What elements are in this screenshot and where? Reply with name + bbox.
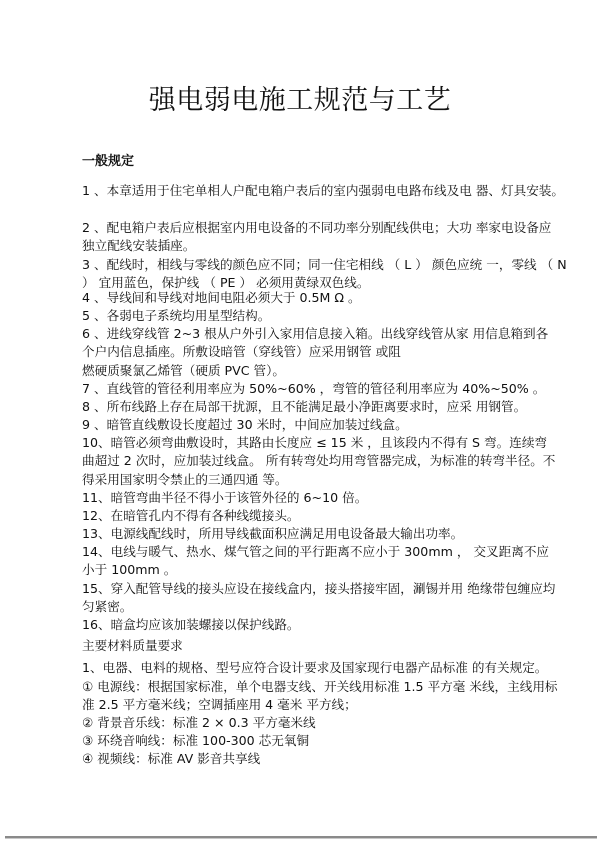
paragraph-line: 准 2.5 平方毫米线；空调插座用 4 毫米 平方线； <box>82 696 537 714</box>
paragraph-line: 13、电源线配线时，所用导线截面积应满足用电设备最大输出功率。 <box>82 525 537 543</box>
paragraph-item-7: 7 、直线管的管径利用率应为 50%~60% ，弯管的管径利用率应为 40%~5… <box>82 380 537 398</box>
paragraph-line: 15、穿入配管导线的接头应设在接线盒内，接头搭接牢固，涮锡并用 绝缘带包缠应均 <box>82 580 537 598</box>
paragraph-line: 2 、配电箱户表后应根据室内用电设备的不同功率分别配线供电；大功 率家电设备应 <box>82 219 537 237</box>
paragraph-item-15: 15、穿入配管导线的接头应设在接线盒内，接头搭接牢固，涮锡并用 绝缘带包缠应均 … <box>82 580 537 617</box>
materials-item-speaker-cable: ③ 环绕音响线：标准 100-300 芯无氧铜 <box>82 732 537 750</box>
section-heading-materials: 主要材料质量要求 <box>82 635 183 654</box>
paragraph-item-12: 12、在暗管孔内不得有各种线缆接头。 <box>82 507 537 525</box>
materials-item-video-cable: ④ 视频线：标准 AV 影音共享线 <box>82 750 537 768</box>
paragraph-line: ④ 视频线：标准 AV 影音共享线 <box>82 750 537 768</box>
paragraph-item-1: 1 、本章适用于住宅单相人户配电箱户表后的室内强弱电电路布线及电 器、灯具安装。 <box>82 182 537 200</box>
paragraph-item-16: 16、暗盒均应该加装螺接以保护线路。 <box>82 616 537 634</box>
paragraph-line: 个户内信息插座。所敷设暗管（穿线管）应采用钢管 或阻 <box>82 343 537 361</box>
paragraph-line: ② 背景音乐线：标准 2 × 0.3 平方毫米线 <box>82 714 537 732</box>
paragraph-item-10: 10、暗管必须弯曲敷设时，其路由长度应 ≤ 15 米 ，且该段内不得有 S 弯。… <box>82 434 537 489</box>
paragraph-line: ① 电源线：根据国家标准，单个电器支线、开关线用标准 1.5 平方毫 米线，主线… <box>82 678 537 696</box>
paragraph-line: 3 、配线时，相线与零线的颜色应不同；同一住宅相线 （ L ） 颜色应统 一，零… <box>82 256 537 274</box>
document-title: 强电弱电施工规范与工艺 <box>0 78 600 117</box>
paragraph-item-14: 14、电线与暖气、热水、煤气管之间的平行距离不应小于 300mm ， 交叉距离不… <box>82 543 537 580</box>
paragraph-line: 曲超过 2 次时，应加装过线盒。 所有转弯处均用弯管器完成，为标准的转弯半径。不 <box>82 452 537 470</box>
materials-item-music-cable: ② 背景音乐线：标准 2 × 0.3 平方毫米线 <box>82 714 537 732</box>
paragraph-item-9: 9 、暗管直线敷设长度超过 30 米时，中间应加装过线盒。 <box>82 416 537 434</box>
paragraph-item-3: 3 、配线时，相线与零线的颜色应不同；同一住宅相线 （ L ） 颜色应统 一，零… <box>82 256 537 293</box>
paragraph-line: 独立配线安装插座。 <box>82 237 537 255</box>
paragraph-line: 小于 100mm 。 <box>82 561 537 579</box>
materials-item-power-cable: ① 电源线：根据国家标准，单个电器支线、开关线用标准 1.5 平方毫 米线，主线… <box>82 678 537 715</box>
paragraph-line: 得采用国家明令禁止的三通四通 等。 <box>82 471 537 489</box>
paragraph-line: 匀紧密。 <box>82 598 537 616</box>
paragraph-line: 11、暗管弯曲半径不得小于该管外径的 6~10 倍。 <box>82 489 537 507</box>
paragraph-line: 7 、直线管的管径利用率应为 50%~60% ，弯管的管径利用率应为 40%~5… <box>82 380 537 398</box>
paragraph-item-5: 5 、各弱电子系统均用星型结构。 <box>82 307 537 325</box>
paragraph-line: ③ 环绕音响线：标准 100-300 芯无氧铜 <box>82 732 537 750</box>
paragraph-line: 1 、本章适用于住宅单相人户配电箱户表后的室内强弱电电路布线及电 器、灯具安装。 <box>82 182 537 200</box>
paragraph-line: 10、暗管必须弯曲敷设时，其路由长度应 ≤ 15 米 ，且该段内不得有 S 弯。… <box>82 434 537 452</box>
materials-item-1: 1、电器、电料的规格、型号应符合设计要求及国家现行电器产品标准 的有关规定。 <box>82 659 537 677</box>
paragraph-item-4: 4 、导线间和导线对地间电阻必须大于 0.5M Ω 。 <box>82 289 537 307</box>
paragraph-line: 14、电线与暖气、热水、煤气管之间的平行距离不应小于 300mm ， 交叉距离不… <box>82 543 537 561</box>
paragraph-line: 8 、所布线路上存在局部干扰源，且不能满足最小净距离要求时，应采 用钢管。 <box>82 398 537 416</box>
paragraph-item-2: 2 、配电箱户表后应根据室内用电设备的不同功率分别配线供电；大功 率家电设备应 … <box>82 219 537 256</box>
document-page: 强电弱电施工规范与工艺 一般规定 1 、本章适用于住宅单相人户配电箱户表后的室内… <box>0 0 600 843</box>
section-heading-general: 一般规定 <box>82 150 134 169</box>
paragraph-line: 5 、各弱电子系统均用星型结构。 <box>82 307 537 325</box>
paragraph-line: 燃硬质聚氯乙烯管（硬质 PVC 管）。 <box>82 362 537 380</box>
paragraph-line: 1、电器、电料的规格、型号应符合设计要求及国家现行电器产品标准 的有关规定。 <box>82 659 537 677</box>
paragraph-item-11: 11、暗管弯曲半径不得小于该管外径的 6~10 倍。 <box>82 489 537 507</box>
paragraph-line: 4 、导线间和导线对地间电阻必须大于 0.5M Ω 。 <box>82 289 537 307</box>
paragraph-line: 12、在暗管孔内不得有各种线缆接头。 <box>82 507 537 525</box>
page-bottom-divider <box>5 836 597 839</box>
paragraph-item-13: 13、电源线配线时，所用导线截面积应满足用电设备最大输出功率。 <box>82 525 537 543</box>
paragraph-item-8: 8 、所布线路上存在局部干扰源，且不能满足最小净距离要求时，应采 用钢管。 <box>82 398 537 416</box>
paragraph-line: 9 、暗管直线敷设长度超过 30 米时，中间应加装过线盒。 <box>82 416 537 434</box>
paragraph-item-6: 6 、进线穿线管 2~3 根从户外引入家用信息接入箱。出线穿线管从家 用信息箱到… <box>82 325 537 380</box>
paragraph-line: 6 、进线穿线管 2~3 根从户外引入家用信息接入箱。出线穿线管从家 用信息箱到… <box>82 325 537 343</box>
paragraph-line: 16、暗盒均应该加装螺接以保护线路。 <box>82 616 537 634</box>
